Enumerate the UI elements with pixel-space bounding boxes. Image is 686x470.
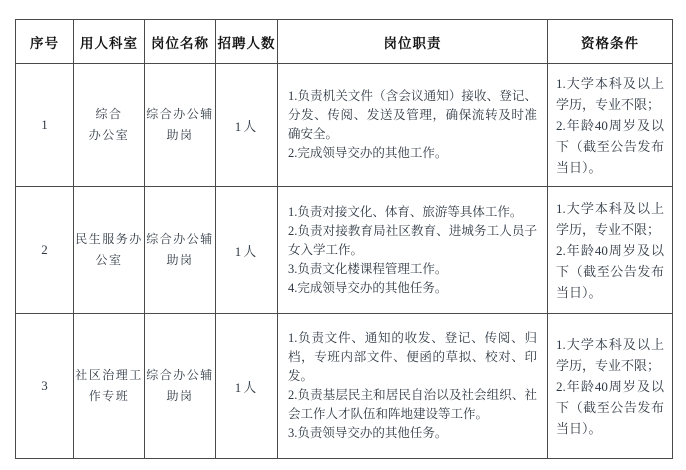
cell-seq: 3: [16, 314, 74, 459]
table-row: 3 社区治理工 作专班 综合办公辅 助岗 1人 1.负责文件、通知的收发、登记、…: [16, 314, 673, 459]
col-header-headcount: 招聘人数: [216, 20, 278, 64]
duty-item: 3.负责文化楼课程管理工作。: [288, 260, 537, 279]
col-header-department: 用人科室: [74, 20, 145, 64]
cell-duties: 1.负责机关文件（含会议通知）接收、登记、分发、传阅、发送及管理，确保流转及时准…: [278, 64, 548, 187]
cell-seq: 2: [16, 187, 74, 314]
table-row: 1 综合 办公室 综合办公辅 助岗 1人 1.负责机关文件（含会议通知）接收、登…: [16, 64, 673, 187]
col-header-duties: 岗位职责: [278, 20, 548, 64]
cell-duties: 1.负责对接文化、体育、旅游等具体工作。 2.负责对接教育局社区教育、进城务工人…: [278, 187, 548, 314]
qualification-item: 1.大学本科及以上学历，专业不限；: [556, 198, 664, 240]
cell-department: 社区治理工 作专班: [74, 314, 145, 459]
table-header-row: 序号 用人科室 岗位名称 招聘人数 岗位职责 资格条件: [16, 20, 673, 64]
qualification-item: 2.年龄40周岁及以下（截至公告发布当日）。: [556, 376, 664, 439]
cell-headcount: 1人: [216, 314, 278, 459]
cell-seq: 1: [16, 64, 74, 187]
qualification-item: 2.年龄40周岁及以下（截至公告发布当日）。: [556, 115, 664, 178]
cell-qualifications: 1.大学本科及以上学历，专业不限； 2.年龄40周岁及以下（截至公告发布当日）。: [548, 314, 673, 459]
cell-position: 综合办公辅 助岗: [145, 314, 216, 459]
col-header-seq: 序号: [16, 20, 74, 64]
table-row: 2 民生服务办 公室 综合办公辅 助岗 1人 1.负责对接文化、体育、旅游等具体…: [16, 187, 673, 314]
qualification-item: 1.大学本科及以上学历，专业不限；: [556, 334, 664, 376]
duty-item: 2.完成领导交办的其他工作。: [288, 144, 537, 163]
cell-duties: 1.负责文件、通知的收发、登记、传阅、归档，专班内部文件、便函的草拟、校对、印发…: [278, 314, 548, 459]
cell-position: 综合办公辅 助岗: [145, 187, 216, 314]
cell-qualifications: 1.大学本科及以上学历，专业不限； 2.年龄40周岁及以下（截至公告发布当日）。: [548, 187, 673, 314]
recruitment-positions-table: 序号 用人科室 岗位名称 招聘人数 岗位职责 资格条件 1 综合 办公室 综合办…: [15, 19, 673, 459]
cell-department: 综合 办公室: [74, 64, 145, 187]
duty-item: 1.负责对接文化、体育、旅游等具体工作。: [288, 203, 537, 222]
recruitment-table-document: 序号 用人科室 岗位名称 招聘人数 岗位职责 资格条件 1 综合 办公室 综合办…: [15, 19, 673, 459]
col-header-qualifications: 资格条件: [548, 20, 673, 64]
duty-item: 2.负责基层民主和居民自治以及社会组织、社会工作人才队伍和阵地建设等工作。: [288, 386, 537, 424]
duty-item: 2.负责对接教育局社区教育、进城务工人员子女入学工作。: [288, 222, 537, 260]
duty-item: 1.负责文件、通知的收发、登记、传阅、归档，专班内部文件、便函的草拟、校对、印发…: [288, 329, 537, 386]
cell-qualifications: 1.大学本科及以上学历，专业不限； 2.年龄40周岁及以下（截至公告发布当日）。: [548, 64, 673, 187]
duty-item: 1.负责机关文件（含会议通知）接收、登记、分发、传阅、发送及管理，确保流转及时准…: [288, 87, 537, 144]
cell-position: 综合办公辅 助岗: [145, 64, 216, 187]
cell-headcount: 1人: [216, 64, 278, 187]
cell-headcount: 1人: [216, 187, 278, 314]
col-header-position: 岗位名称: [145, 20, 216, 64]
qualification-item: 1.大学本科及以上学历，专业不限；: [556, 73, 664, 115]
cell-department: 民生服务办 公室: [74, 187, 145, 314]
qualification-item: 2.年龄40周岁及以下（截至公告发布当日）。: [556, 240, 664, 303]
duty-item: 3.负责领导交办的其他任务。: [288, 424, 537, 443]
duty-item: 4.完成领导交办的其他任务。: [288, 279, 537, 298]
